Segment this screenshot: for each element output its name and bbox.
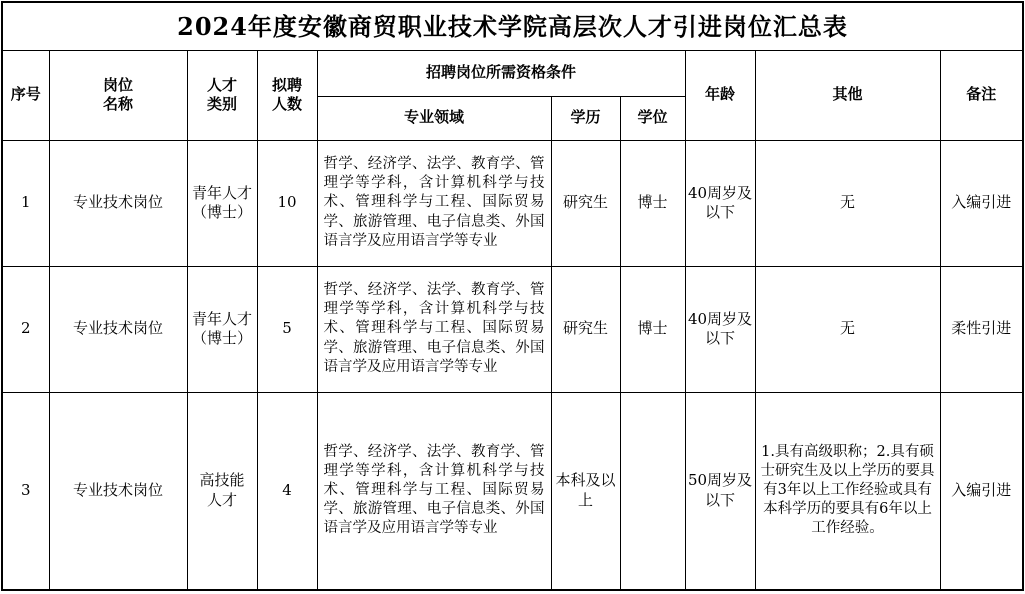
cell-position-name: 专业技术岗位 [49, 266, 187, 392]
table-row: 3 专业技术岗位 高技能 人才 4 哲学、经济学、法学、教育学、管理学等学科，含… [2, 392, 1023, 590]
cell-planned-count: 5 [257, 266, 317, 392]
cell-remark: 入编引进 [940, 140, 1023, 266]
cell-degree: 博士 [620, 266, 685, 392]
cell-position-name: 专业技术岗位 [49, 392, 187, 590]
title-row: 2024年度安徽商贸职业技术学院高层次人才引进岗位汇总表 [2, 2, 1023, 50]
header-planned-count: 拟聘 人数 [257, 50, 317, 140]
cell-position-name: 专业技术岗位 [49, 140, 187, 266]
header-qualifications-group: 招聘岗位所需资格条件 [317, 50, 685, 96]
cell-talent-type: 青年人才 （博士） [187, 266, 257, 392]
cell-planned-count: 10 [257, 140, 317, 266]
cell-age: 50周岁及 以下 [685, 392, 755, 590]
recruitment-summary-table: 2024年度安徽商贸职业技术学院高层次人才引进岗位汇总表 序号 岗位 名称 人才… [1, 1, 1024, 591]
cell-remark: 柔性引进 [940, 266, 1023, 392]
cell-talent-type: 高技能 人才 [187, 392, 257, 590]
cell-education: 本科及以上 [551, 392, 620, 590]
header-talent-type: 人才 类别 [187, 50, 257, 140]
header-row-1: 序号 岗位 名称 人才 类别 拟聘 人数 招聘岗位所需资格条件 年龄 其他 备注 [2, 50, 1023, 96]
cell-major-field: 哲学、经济学、法学、教育学、管理学等学科，含计算机科学与技术、管理科学与工程、国… [317, 140, 551, 266]
cell-seq: 1 [2, 140, 49, 266]
cell-remark: 入编引进 [940, 392, 1023, 590]
header-major-field: 专业领域 [317, 96, 551, 140]
header-other: 其他 [755, 50, 940, 140]
cell-degree [620, 392, 685, 590]
cell-planned-count: 4 [257, 392, 317, 590]
cell-other: 1.具有高级职称；2.具有硕士研究生及以上学历的要具有3年以上工作经验或具有本科… [755, 392, 940, 590]
header-degree: 学位 [620, 96, 685, 140]
header-remark: 备注 [940, 50, 1023, 140]
header-position-name: 岗位 名称 [49, 50, 187, 140]
header-seq: 序号 [2, 50, 49, 140]
cell-major-field: 哲学、经济学、法学、教育学、管理学等学科，含计算机科学与技术、管理科学与工程、国… [317, 266, 551, 392]
table-row: 2 专业技术岗位 青年人才 （博士） 5 哲学、经济学、法学、教育学、管理学等学… [2, 266, 1023, 392]
cell-talent-type: 青年人才 （博士） [187, 140, 257, 266]
cell-major-field: 哲学、经济学、法学、教育学、管理学等学科，含计算机科学与技术、管理科学与工程、国… [317, 392, 551, 590]
page: 2024年度安徽商贸职业技术学院高层次人才引进岗位汇总表 序号 岗位 名称 人才… [0, 0, 1025, 594]
cell-education: 研究生 [551, 140, 620, 266]
cell-degree: 博士 [620, 140, 685, 266]
cell-other: 无 [755, 140, 940, 266]
cell-other: 无 [755, 266, 940, 392]
header-age: 年龄 [685, 50, 755, 140]
cell-seq: 3 [2, 392, 49, 590]
cell-seq: 2 [2, 266, 49, 392]
table-row: 1 专业技术岗位 青年人才 （博士） 10 哲学、经济学、法学、教育学、管理学等… [2, 140, 1023, 266]
cell-age: 40周岁及 以下 [685, 266, 755, 392]
header-education: 学历 [551, 96, 620, 140]
cell-education: 研究生 [551, 266, 620, 392]
cell-age: 40周岁及 以下 [685, 140, 755, 266]
page-title: 2024年度安徽商贸职业技术学院高层次人才引进岗位汇总表 [2, 2, 1023, 50]
